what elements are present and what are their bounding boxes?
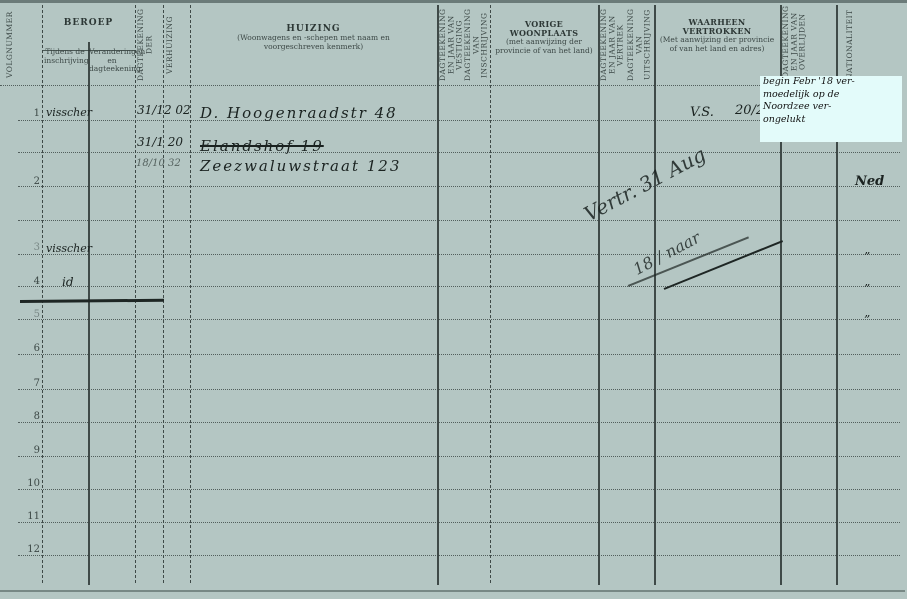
sticky-note-line: Noordzee ver-: [760, 101, 902, 114]
row-number: 4: [0, 276, 40, 287]
row-number: 10: [0, 478, 40, 489]
row-number: 12: [0, 544, 40, 555]
row-line: [18, 319, 900, 320]
column-divider: [163, 5, 164, 585]
strike-through-mark: [20, 299, 164, 303]
row-line: [18, 422, 900, 423]
row-line: [18, 489, 900, 490]
column-divider: [490, 5, 491, 585]
header-huizing-sub: (Woonwagens en -schepen met naam en voor…: [190, 34, 437, 51]
header-overlijden: DAGTEEKENING EN JAAR VAN OVERLIJDEN: [782, 4, 834, 80]
row-line: [18, 186, 900, 187]
row-line: [18, 152, 900, 153]
row-number: 5: [0, 309, 40, 320]
row-number: 8: [0, 411, 40, 422]
header-huizing: HUIZING (Woonwagens en -schepen met naam…: [190, 24, 437, 52]
row-number: 7: [0, 378, 40, 389]
row-line: [18, 389, 900, 390]
column-divider: [437, 5, 439, 585]
row-number: 11: [0, 511, 40, 522]
header-waarheen: WAARHEEN VERTROKKEN (Met aanwijzing der …: [656, 18, 778, 54]
row-line: [18, 286, 900, 287]
header-vorige-sub: (met aanwijzing der provincie of van het…: [492, 38, 596, 55]
row-number: 2: [0, 176, 40, 187]
date-entry: 31/1 20: [137, 135, 183, 149]
register-card: VOLGNUMMER BEROEP Tijdens de inschrijvin…: [0, 0, 907, 599]
header-dag-inschrijving: DAGTEEKENING VAN INSCHRIJVING: [464, 6, 488, 84]
date-entry: 18/10 32: [136, 158, 181, 169]
header-vorige-title: VORIGE WOONPLAATS: [492, 20, 596, 38]
beroep-entry: visscher: [46, 242, 92, 255]
nationaliteit-ditto: ”: [864, 282, 870, 296]
header-beroep: BEROEP: [42, 18, 135, 28]
beroep-entry-ditto: id: [62, 275, 74, 289]
bottom-border: [0, 590, 905, 592]
top-border: [0, 0, 907, 3]
header-volgnummer: VOLGNUMMER: [6, 6, 36, 84]
row-line: [18, 254, 900, 255]
header-beroep-sub2: Veranderingen en dagteekening: [89, 48, 135, 74]
nationaliteit-ditto: ”: [864, 250, 870, 264]
address-entry: D. Hoogenraadstr 48: [200, 104, 398, 122]
beroep-entry: visscher: [46, 106, 92, 119]
nationaliteit-entry: Ned: [855, 174, 884, 189]
column-divider: [190, 5, 191, 585]
row-line: [18, 220, 900, 221]
header-vorige-woonplaats: VORIGE WOONPLAATS (met aanwijzing der pr…: [492, 20, 596, 56]
header-waarheen-sub: (Met aanwijzing der provincie of van het…: [656, 36, 778, 53]
nationaliteit-ditto: ”: [864, 313, 870, 327]
row-line: [18, 555, 900, 556]
column-divider: [42, 5, 43, 585]
header-beroep-title: BEROEP: [64, 18, 113, 28]
header-dagteekening: DAGTEEKENING DER: [137, 6, 161, 84]
date-entry: 31/12 02: [137, 103, 191, 117]
column-divider: [654, 5, 656, 585]
header-waarheen-title: WAARHEEN VERTROKKEN: [656, 18, 778, 36]
row-number: 9: [0, 445, 40, 456]
waarheen-entry: V.S.: [690, 105, 714, 120]
column-divider: [598, 5, 600, 585]
row-number: 1: [0, 108, 40, 119]
column-divider: [135, 5, 136, 585]
header-dag-vestiging: DAGTEEKENING EN JAAR VAN VESTIGING: [439, 6, 463, 84]
column-divider: [88, 42, 90, 585]
row-line: [18, 354, 900, 355]
header-verhuizing: VERHUIZING: [166, 6, 188, 84]
sticky-note-line: moedelijk op de: [760, 89, 902, 102]
row-number: 3: [0, 242, 40, 253]
header-nationaliteit: NATIONALITEIT: [846, 6, 868, 84]
row-line: [18, 456, 900, 457]
header-beroep-sub1: Tijdens de inschrijving: [44, 48, 86, 65]
row-number: 6: [0, 343, 40, 354]
address-entry: Zeezwaluwstraat 123: [200, 157, 401, 175]
sticky-note-line: ongelukt: [760, 114, 902, 127]
sticky-note-line: begin Febr '18 ver-: [760, 76, 902, 89]
header-dag-uitschrijving: DAGTEEKENING VAN UITSCHRIJVING: [627, 6, 653, 84]
header-dag-vertrek: DAGTEEKENING EN JAAR VAN VERTREK: [600, 6, 626, 84]
address-entry-struck: Elandshof 19: [200, 137, 324, 155]
sticky-note: begin Febr '18 ver- moedelijk op de Noor…: [760, 76, 902, 142]
row-line: [18, 522, 900, 523]
